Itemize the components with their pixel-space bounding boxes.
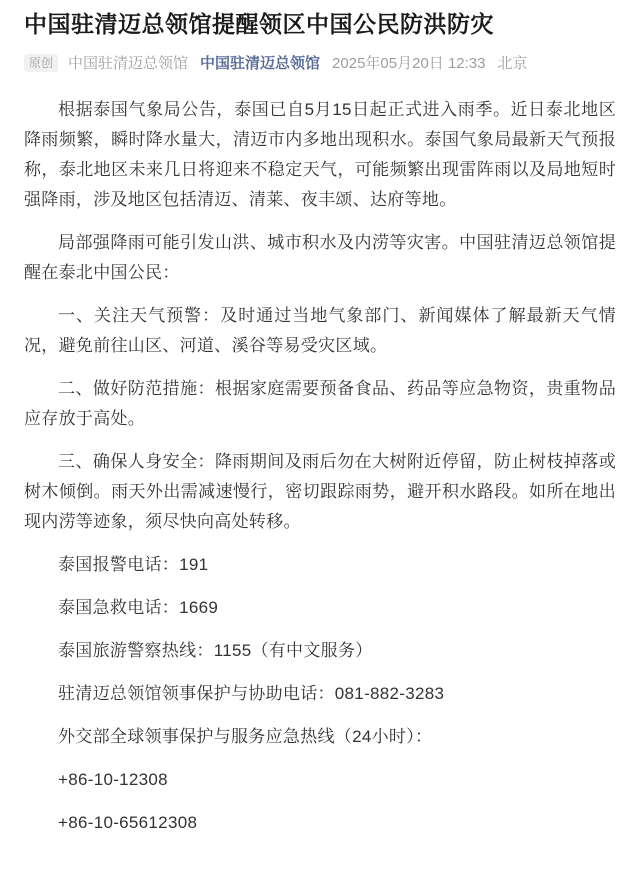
author-name: 中国驻清迈总领馆 (68, 52, 188, 73)
article-meta: 原创 中国驻清迈总领馆 中国驻清迈总领馆 2025年05月20日 12:33 北… (24, 52, 616, 73)
paragraph-warning: 局部强降雨可能引发山洪、城市积水及内涝等灾害。中国驻清迈总领馆提醒在泰北中国公民… (24, 228, 616, 288)
phone-tourist-police: 泰国旅游警察热线：1155（有中文服务） (24, 636, 616, 666)
phone-consulate: 驻清迈总领馆领事保护与协助电话：081-882-3283 (24, 679, 616, 709)
account-name-link[interactable]: 中国驻清迈总领馆 (200, 52, 320, 73)
phone-mfa-hotline-label: 外交部全球领事保护与服务应急热线（24小时）： (24, 722, 616, 752)
article-title: 中国驻清迈总领馆提醒领区中国公民防洪防灾 (24, 8, 616, 40)
phone-thai-ambulance: 泰国急救电话：1669 (24, 593, 616, 623)
publish-location: 北京 (498, 52, 528, 73)
phone-thai-police: 泰国报警电话：191 (24, 550, 616, 580)
phone-mfa-number-1: +86-10-12308 (24, 765, 616, 795)
original-badge[interactable]: 原创 (24, 54, 58, 72)
paragraph-intro: 根据泰国气象局公告，泰国已自5月15日起正式进入雨季。近日泰北地区降雨频繁，瞬时… (24, 95, 616, 215)
paragraph-tip-2: 二、做好防范措施：根据家庭需要预备食品、药品等应急物资，贵重物品应存放于高处。 (24, 374, 616, 434)
publish-date: 2025年05月20日 12:33 (332, 52, 485, 73)
paragraph-tip-3: 三、确保人身安全：降雨期间及雨后勿在大树附近停留，防止树枝掉落或树木倾倒。雨天外… (24, 447, 616, 537)
article-body: 根据泰国气象局公告，泰国已自5月15日起正式进入雨季。近日泰北地区降雨频繁，瞬时… (24, 95, 616, 838)
article-page: 中国驻清迈总领馆提醒领区中国公民防洪防灾 原创 中国驻清迈总领馆 中国驻清迈总领… (0, 0, 640, 871)
phone-mfa-number-2: +86-10-65612308 (24, 808, 616, 838)
paragraph-tip-1: 一、关注天气预警：及时通过当地气象部门、新闻媒体了解最新天气情况，避免前往山区、… (24, 301, 616, 361)
